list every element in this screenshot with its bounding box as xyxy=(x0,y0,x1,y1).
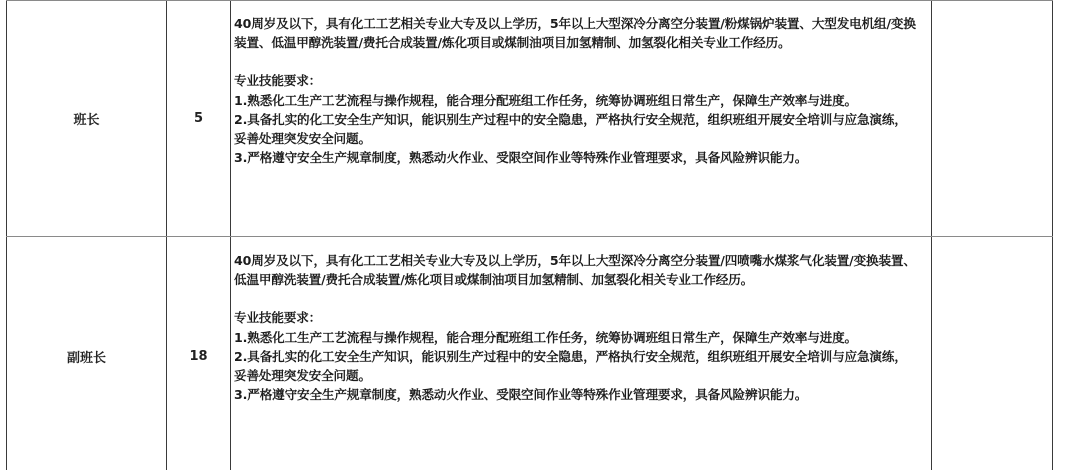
basic-requirements: 40周岁及以下，具有化工工艺相关专业大专及以上学历，5年以上大型深冷分离空分装置… xyxy=(234,251,917,289)
skill-item: 2.具备扎实的化工安全生产知识，能识别生产过程中的安全隐患，严格执行安全规范，组… xyxy=(234,110,917,148)
requirements-cell: 40周岁及以下，具有化工工艺相关专业大专及以上学历，5年以上大型深冷分离空分装置… xyxy=(230,237,931,470)
requirements-text: 40周岁及以下，具有化工工艺相关专业大专及以上学历，5年以上大型深冷分离空分装置… xyxy=(234,251,917,404)
paragraph-gap xyxy=(234,52,917,71)
requirements-text: 40周岁及以下，具有化工工艺相关专业大专及以上学历，5年以上大型深冷分离空分装置… xyxy=(234,14,917,167)
position-name: 副班长 xyxy=(67,347,106,366)
headcount-value: 18 xyxy=(189,349,207,364)
skill-item: 2.具备扎实的化工安全生产知识，能识别生产过程中的安全隐患，严格执行安全规范，组… xyxy=(234,347,917,385)
requirements-cell: 40周岁及以下，具有化工工艺相关专业大专及以上学历，5年以上大型深冷分离空分装置… xyxy=(230,1,931,236)
table-row: 班长 5 40周岁及以下，具有化工工艺相关专业大专及以上学历，5年以上大型深冷分… xyxy=(6,0,1053,236)
headcount-value: 5 xyxy=(194,111,203,126)
position-cell: 副班长 xyxy=(6,237,166,470)
note-cell xyxy=(931,1,1053,236)
headcount-cell: 5 xyxy=(166,1,230,236)
basic-requirements: 40周岁及以下，具有化工工艺相关专业大专及以上学历，5年以上大型深冷分离空分装置… xyxy=(234,14,917,52)
headcount-cell: 18 xyxy=(166,237,230,470)
skill-item: 3.严格遵守安全生产规章制度，熟悉动火作业、受限空间作业等特殊作业管理要求，具备… xyxy=(234,148,917,167)
skill-item: 1.熟悉化工生产工艺流程与操作规程，能合理分配班组工作任务，统筹协调班组日常生产… xyxy=(234,91,917,110)
skill-item: 1.熟悉化工生产工艺流程与操作规程，能合理分配班组工作任务，统筹协调班组日常生产… xyxy=(234,328,917,347)
note-cell xyxy=(931,237,1053,470)
position-cell: 班长 xyxy=(6,1,166,236)
skill-item: 3.严格遵守安全生产规章制度，熟悉动火作业、受限空间作业等特殊作业管理要求，具备… xyxy=(234,385,917,404)
skills-title: 专业技能要求： xyxy=(234,71,917,90)
job-requirements-table: 班长 5 40周岁及以下，具有化工工艺相关专业大专及以上学历，5年以上大型深冷分… xyxy=(6,0,1053,470)
skills-title: 专业技能要求： xyxy=(234,308,917,327)
table-row: 副班长 18 40周岁及以下，具有化工工艺相关专业大专及以上学历，5年以上大型深… xyxy=(6,236,1053,470)
paragraph-gap xyxy=(234,289,917,308)
position-name: 班长 xyxy=(73,109,99,128)
